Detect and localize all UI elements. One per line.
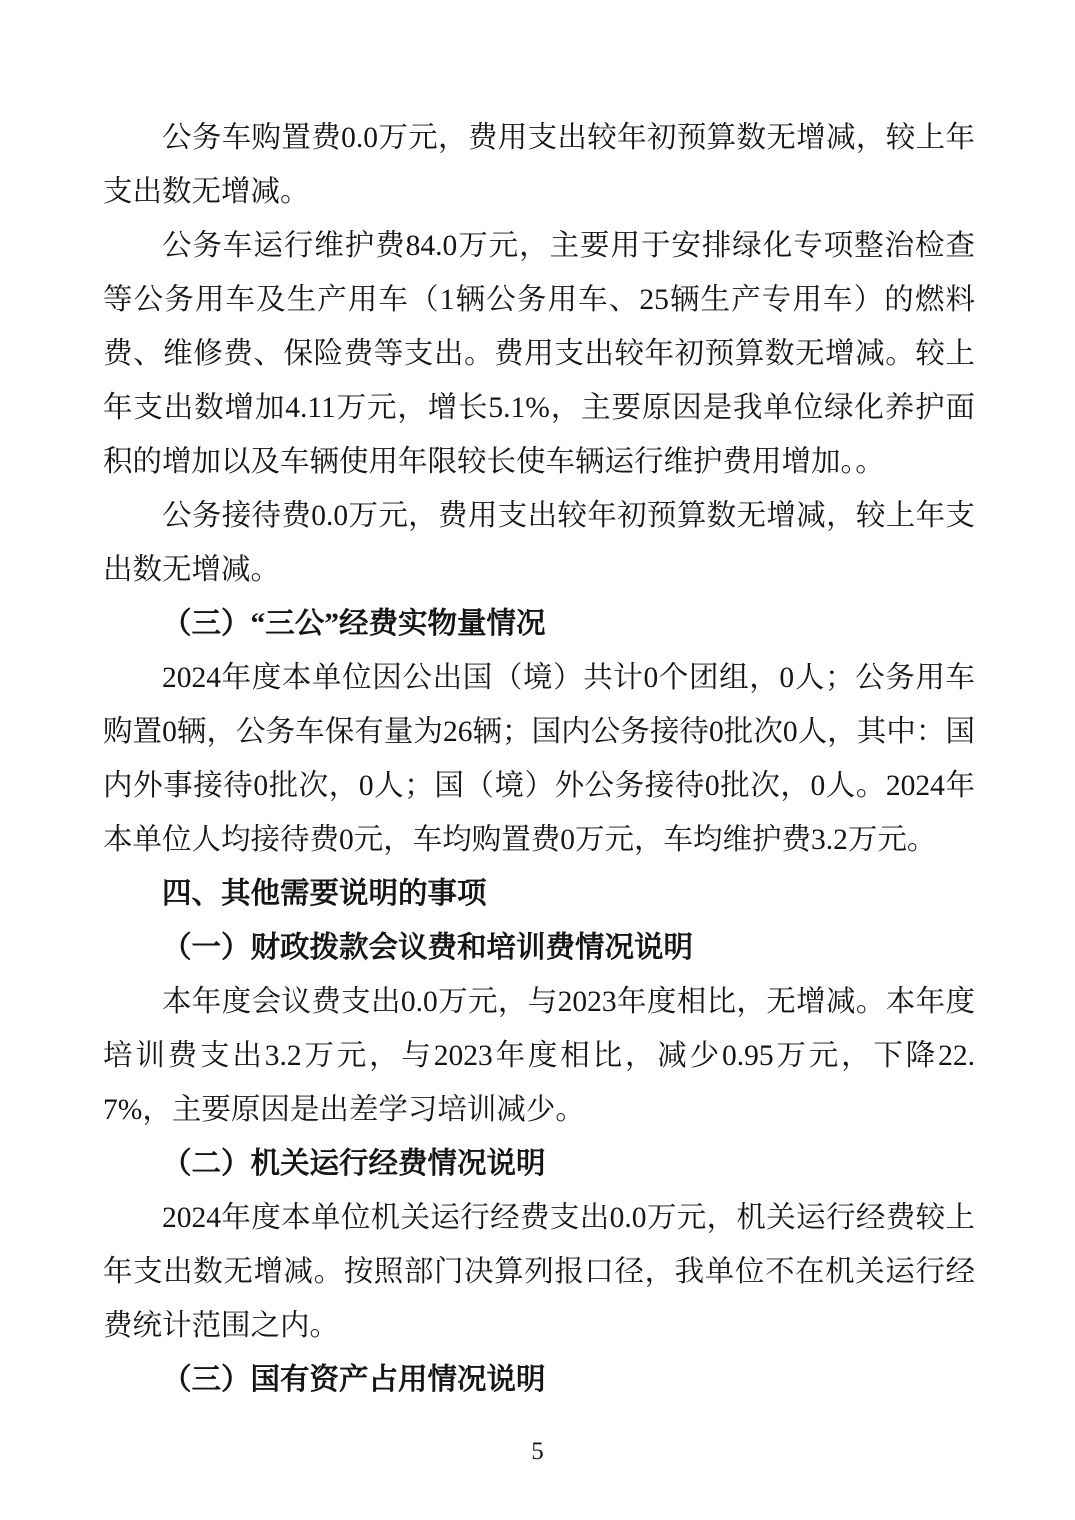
page-footer: 5: [0, 1436, 1075, 1468]
paragraph: 2024年度本单位机关运行经费支出0.0万元，机关运行经费较上年支出数无增减。按…: [103, 1191, 975, 1353]
document-page: 公务车购置费0.0万元，费用支出较年初预算数无增减，较上年支出数无增减。公务车运…: [0, 0, 1075, 1520]
paragraph: 公务接待费0.0万元，费用支出较年初预算数无增减，较上年支出数无增减。: [103, 489, 975, 597]
section-heading: （三）“三公”经费实物量情况: [103, 597, 975, 651]
section-heading: 四、其他需要说明的事项: [103, 867, 975, 921]
paragraph: 公务车购置费0.0万元，费用支出较年初预算数无增减，较上年支出数无增减。: [103, 111, 975, 219]
paragraph: 公务车运行维护费84.0万元，主要用于安排绿化专项整治检查等公务用车及生产用车（…: [103, 219, 975, 489]
section-heading: （三）国有资产占用情况说明: [103, 1353, 975, 1407]
paragraph: 本年度会议费支出0.0万元，与2023年度相比，无增减。本年度培训费支出3.2万…: [103, 975, 975, 1137]
section-heading: （二）机关运行经费情况说明: [103, 1137, 975, 1191]
section-heading: （一）财政拨款会议费和培训费情况说明: [103, 921, 975, 975]
page-number: 5: [531, 1438, 544, 1465]
paragraph: 2024年度本单位因公出国（境）共计0个团组，0人；公务用车购置0辆，公务车保有…: [103, 651, 975, 867]
document-body: 公务车购置费0.0万元，费用支出较年初预算数无增减，较上年支出数无增减。公务车运…: [103, 111, 975, 1407]
